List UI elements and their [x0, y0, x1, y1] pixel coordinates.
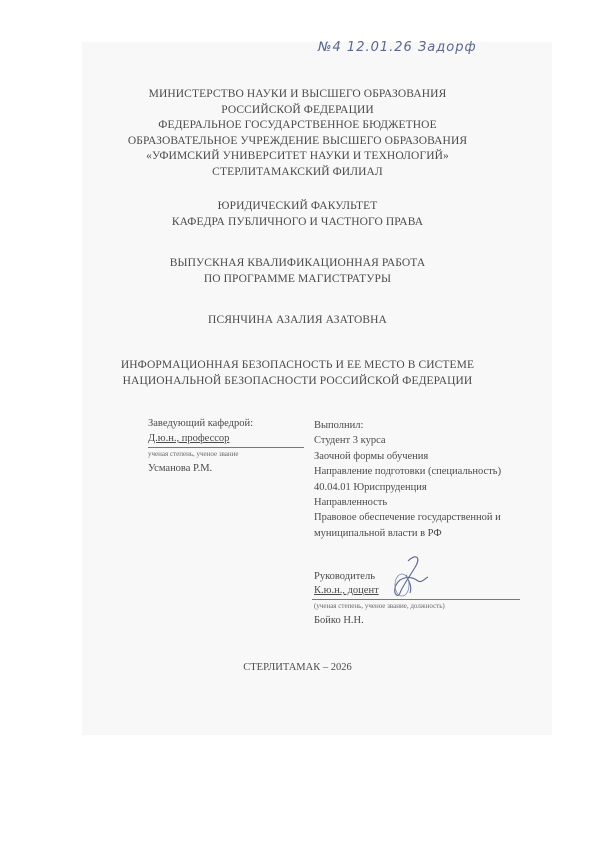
student-info-line: Направленность — [314, 495, 501, 510]
header-line: СТЕРЛИТАМАКСКИЙ ФИЛИАЛ — [0, 165, 595, 181]
header-line: «УФИМСКИЙ УНИВЕРСИТЕТ НАУКИ И ТЕХНОЛОГИЙ… — [0, 149, 595, 165]
head-of-department-caption: ученая степень, ученое звание — [148, 450, 239, 458]
header-line: МИНИСТЕРСТВО НАУКИ И ВЫСШЕГО ОБРАЗОВАНИЯ — [0, 87, 595, 103]
city-year: СТЕРЛИТАМАК – 2026 — [0, 662, 595, 673]
work-type-block: ВЫПУСКНАЯ КВАЛИФИКАЦИОННАЯ РАБОТА ПО ПРО… — [0, 256, 595, 287]
faculty-name: ЮРИДИЧЕСКИЙ ФАКУЛЬТЕТ — [0, 199, 595, 215]
title-line: ИНФОРМАЦИОННАЯ БЕЗОПАСНОСТЬ И ЕЕ МЕСТО В… — [0, 358, 595, 374]
student-info-line: Студент 3 курса — [314, 433, 501, 448]
handwritten-registration-note: №4 12.01.26 Задорф — [318, 40, 477, 55]
signature-line — [148, 447, 304, 448]
performed-by-block: Выполнил: Студент 3 курса Заочной формы … — [314, 418, 501, 541]
header-line: ОБРАЗОВАТЕЛЬНОЕ УЧРЕЖДЕНИЕ ВЫСШЕГО ОБРАЗ… — [0, 134, 595, 150]
student-info-line: Направление подготовки (специальность) — [314, 464, 501, 479]
supervisor-name: Бойко Н.Н. — [314, 615, 364, 626]
supervisor-caption: (ученая степень, ученое звание, должност… — [314, 602, 445, 610]
author-name: ПСЯНЧИНА АЗАЛИЯ АЗАТОВНА — [0, 313, 595, 329]
department-name: КАФЕДРА ПУБЛИЧНОГО И ЧАСТНОГО ПРАВА — [0, 215, 595, 231]
supervisor-signature-line — [312, 599, 520, 600]
signature-icon — [388, 553, 434, 601]
header-line: РОССИЙСКОЙ ФЕДЕРАЦИИ — [0, 103, 595, 119]
head-of-department-degree: Д.ю.н., профессор — [148, 433, 229, 444]
ministry-header: МИНИСТЕРСТВО НАУКИ И ВЫСШЕГО ОБРАЗОВАНИЯ… — [0, 87, 595, 180]
thesis-title: ИНФОРМАЦИОННАЯ БЕЗОПАСНОСТЬ И ЕЕ МЕСТО В… — [0, 358, 595, 389]
performed-by-label: Выполнил: — [314, 418, 501, 433]
work-type-line: ВЫПУСКНАЯ КВАЛИФИКАЦИОННАЯ РАБОТА — [0, 256, 595, 272]
head-of-department-label: Заведующий кафедрой: — [148, 418, 253, 429]
title-line: НАЦИОНАЛЬНОЙ БЕЗОПАСНОСТИ РОССИЙСКОЙ ФЕД… — [0, 374, 595, 390]
student-info-line: 40.04.01 Юриспруденция — [314, 480, 501, 495]
supervisor-degree: К.ю.н., доцент — [314, 585, 379, 596]
header-line: ФЕДЕРАЛЬНОЕ ГОСУДАРСТВЕННОЕ БЮДЖЕТНОЕ — [0, 118, 595, 134]
head-of-department-name: Усманова Р.М. — [148, 463, 212, 474]
student-info-line: муниципальной власти в РФ — [314, 526, 501, 541]
faculty-block: ЮРИДИЧЕСКИЙ ФАКУЛЬТЕТ КАФЕДРА ПУБЛИЧНОГО… — [0, 199, 595, 230]
supervisor-label: Руководитель — [314, 571, 375, 582]
work-type-line: ПО ПРОГРАММЕ МАГИСТРАТУРЫ — [0, 272, 595, 288]
student-info-line: Заочной формы обучения — [314, 449, 501, 464]
student-info-line: Правовое обеспечение государственной и — [314, 510, 501, 525]
